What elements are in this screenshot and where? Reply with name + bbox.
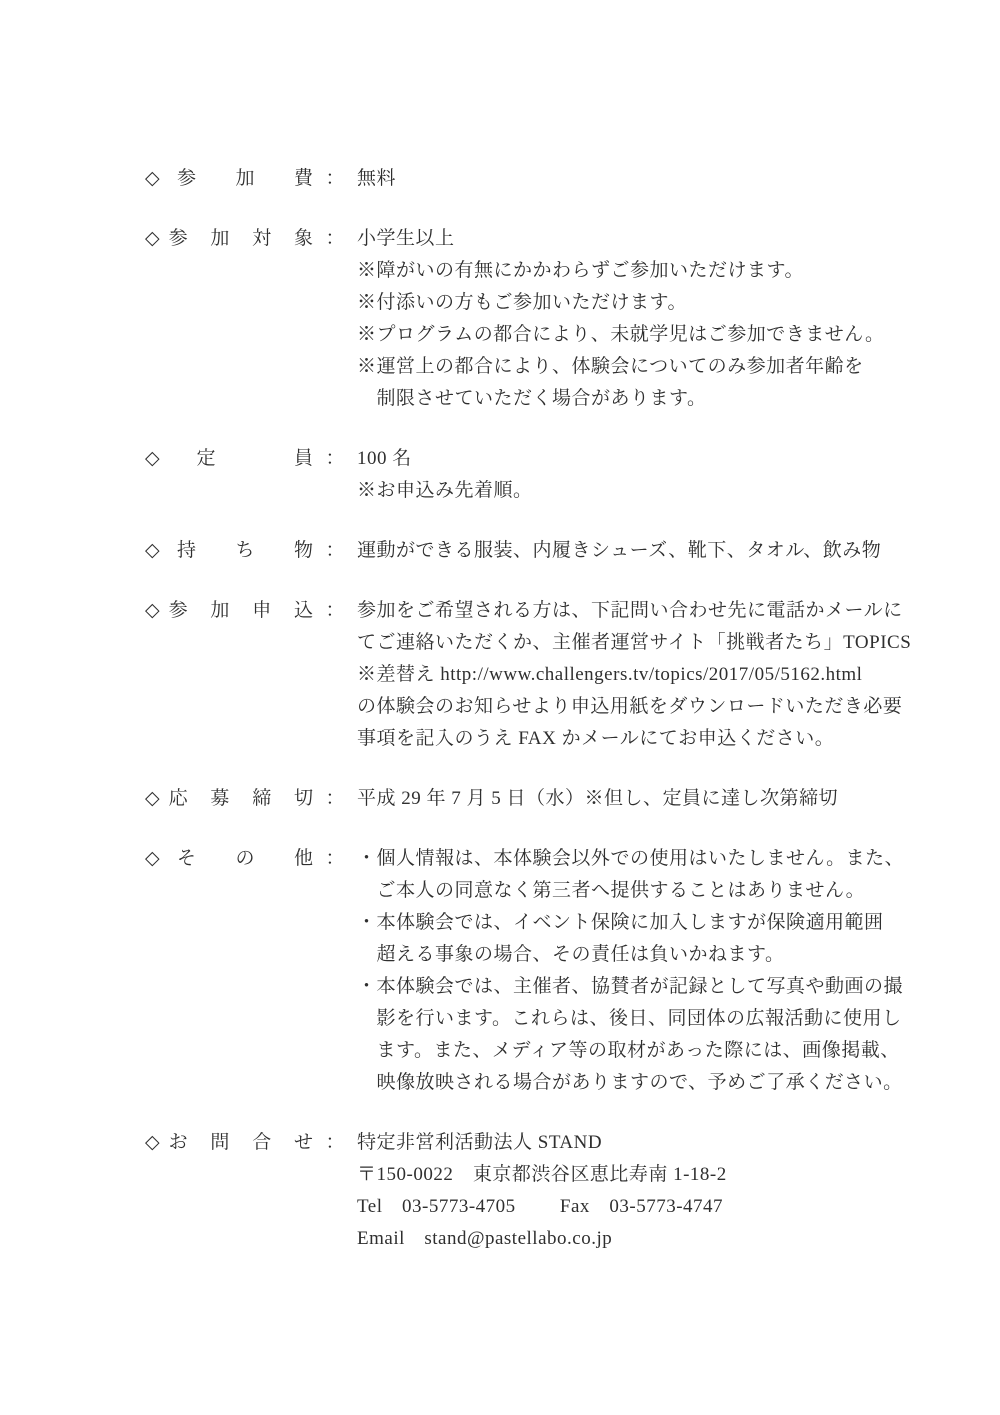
section-label: ◇お 問 合 せ	[145, 1127, 313, 1159]
section-colon: ：	[313, 843, 357, 875]
section-participation-fee: ◇参 加 費 ： 無料	[145, 163, 980, 195]
content-line: ※運営上の都合により、体験会についてのみ参加者年齢を	[357, 351, 980, 383]
section-content: 平成 29 年 7 月 5 日（水）※但し、定員に達し次第締切	[357, 783, 980, 815]
section-label: ◇定 員	[145, 443, 313, 475]
section-label: ◇参 加 申 込	[145, 595, 313, 627]
section-content: 無料	[357, 163, 980, 195]
section-colon: ：	[313, 223, 357, 255]
contact-email: Email stand@pastellabo.co.jp	[357, 1223, 980, 1255]
section-label: ◇そ の 他	[145, 843, 313, 875]
section-contact: ◇お 問 合 せ ： 特定非営利活動法人 STAND 〒150-0022 東京都…	[145, 1127, 980, 1255]
section-content: 運動ができる服装、内履きシューズ、靴下、タオル、飲み物	[357, 535, 980, 567]
section-colon: ：	[313, 443, 357, 475]
content-line: 超える事象の場合、その責任は負いかねます。	[357, 939, 980, 971]
section-other-notes: ◇そ の 他 ： ・個人情報は、本体験会以外での使用はいたしません。また、 ご本…	[145, 843, 980, 1099]
section-content: 特定非営利活動法人 STAND 〒150-0022 東京都渋谷区恵比寿南 1-1…	[357, 1127, 980, 1255]
section-colon: ：	[313, 163, 357, 195]
content-line: 運動ができる服装、内履きシューズ、靴下、タオル、飲み物	[357, 535, 980, 567]
content-line: ※障がいの有無にかかわらずご参加いただけます。	[357, 255, 980, 287]
content-line: 小学生以上	[357, 223, 980, 255]
section-application: ◇参 加 申 込 ： 参加をご希望される方は、下記問い合わせ先に電話かメールに …	[145, 595, 980, 755]
content-line: 事項を記入のうえ FAX かメールにてお申込ください。	[357, 723, 980, 755]
content-line: の体験会のお知らせより申込用紙をダウンロードいただき必要	[357, 691, 980, 723]
content-line: ・本体験会では、主催者、協賛者が記録として写真や動画の撮	[357, 971, 980, 1003]
section-label: ◇参 加 対 象	[145, 223, 313, 255]
content-line: ・個人情報は、本体験会以外での使用はいたしません。また、	[357, 843, 980, 875]
content-line: 映像放映される場合がありますので、予めご了承ください。	[357, 1067, 980, 1099]
section-colon: ：	[313, 595, 357, 627]
content-line: ※お申込み先着順。	[357, 475, 980, 507]
content-line-url: ※差替え http://www.challengers.tv/topics/20…	[357, 659, 980, 691]
contact-organization: 特定非営利活動法人 STAND	[357, 1127, 980, 1159]
contact-address: 〒150-0022 東京都渋谷区恵比寿南 1-18-2	[357, 1159, 980, 1191]
section-content: 小学生以上 ※障がいの有無にかかわらずご参加いただけます。 ※付添いの方もご参加…	[357, 223, 980, 415]
content-line: ※プログラムの都合により、未就学児はご参加できません。	[357, 319, 980, 351]
content-line: ます。また、メディア等の取材があった際には、画像掲載、	[357, 1035, 980, 1067]
content-line: てご連絡いただくか、主催者運営サイト「挑戦者たち」TOPICS	[357, 627, 980, 659]
content-line: ※付添いの方もご参加いただけます。	[357, 287, 980, 319]
section-label: ◇持 ち 物	[145, 535, 313, 567]
content-line: 制限させていただく場合があります。	[357, 383, 980, 415]
document-page: ◇参 加 費 ： 無料 ◇参 加 対 象 ： 小学生以上 ※障がいの有無にかかわ…	[145, 163, 980, 1255]
section-deadline: ◇応 募 締 切 ： 平成 29 年 7 月 5 日（水）※但し、定員に達し次第…	[145, 783, 980, 815]
section-label: ◇参 加 費	[145, 163, 313, 195]
section-content: 100 名 ※お申込み先着順。	[357, 443, 980, 507]
content-line: ・本体験会では、イベント保険に加入しますが保険適用範囲	[357, 907, 980, 939]
contact-tel-fax: Tel 03-5773-4705 Fax 03-5773-4747	[357, 1191, 980, 1223]
content-line: 影を行います。これらは、後日、同団体の広報活動に使用し	[357, 1003, 980, 1035]
content-line: 参加をご希望される方は、下記問い合わせ先に電話かメールに	[357, 595, 980, 627]
section-eligibility: ◇参 加 対 象 ： 小学生以上 ※障がいの有無にかかわらずご参加いただけます。…	[145, 223, 980, 415]
content-line: ご本人の同意なく第三者へ提供することはありません。	[357, 875, 980, 907]
content-line: 平成 29 年 7 月 5 日（水）※但し、定員に達し次第締切	[357, 783, 980, 815]
section-colon: ：	[313, 783, 357, 815]
section-capacity: ◇定 員 ： 100 名 ※お申込み先着順。	[145, 443, 980, 507]
content-line: 100 名	[357, 443, 980, 475]
section-label: ◇応 募 締 切	[145, 783, 313, 815]
section-colon: ：	[313, 1127, 357, 1159]
section-colon: ：	[313, 535, 357, 567]
content-line: 無料	[357, 163, 980, 195]
section-content: 参加をご希望される方は、下記問い合わせ先に電話かメールに てご連絡いただくか、主…	[357, 595, 980, 755]
section-content: ・個人情報は、本体験会以外での使用はいたしません。また、 ご本人の同意なく第三者…	[357, 843, 980, 1099]
section-items-to-bring: ◇持 ち 物 ： 運動ができる服装、内履きシューズ、靴下、タオル、飲み物	[145, 535, 980, 567]
